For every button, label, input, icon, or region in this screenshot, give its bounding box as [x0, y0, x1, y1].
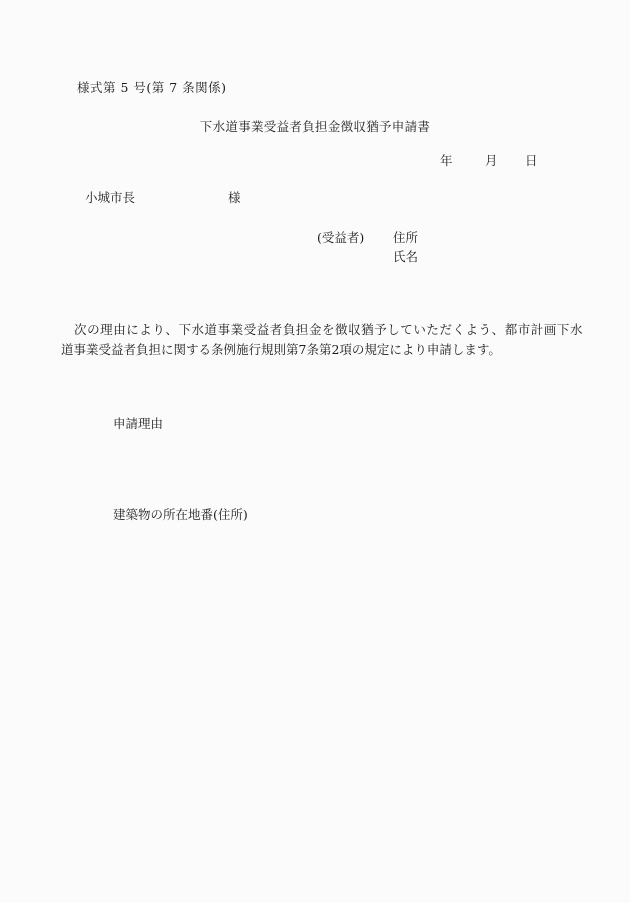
body-line-2: 道事業受益者負担に関する条例施行規則第7条第2項の規定により申請します。 [61, 340, 571, 360]
date-month-label: 月 [485, 153, 498, 168]
building-location-label: 建築物の所在地番(住所) [113, 507, 248, 522]
beneficiary-heading: (受益者) [317, 230, 364, 245]
document-title: 下水道事業受益者負担金徴収猶予申請書 [0, 119, 630, 134]
body-line-1: 次の理由により、下水道事業受益者負担金を徴収猶予していただくよう、都市計画下水 [61, 320, 571, 340]
application-form-page: 様式第 5 号(第 7 条関係) 下水道事業受益者負担金徴収猶予申請書 年 月 … [0, 0, 630, 903]
form-number: 様式第 5 号(第 7 条関係) [77, 80, 227, 95]
date-day-label: 日 [525, 153, 538, 168]
addressee-name: 小城市長 [85, 190, 135, 205]
application-reason-label: 申請理由 [113, 416, 163, 431]
body-paragraph: 次の理由により、下水道事業受益者負担金を徴収猶予していただくよう、都市計画下水 … [61, 320, 571, 360]
beneficiary-name-label: 氏名 [393, 249, 418, 264]
date-year-label: 年 [440, 153, 453, 168]
beneficiary-address-label: 住所 [393, 230, 418, 245]
addressee-honorific: 様 [228, 190, 241, 205]
